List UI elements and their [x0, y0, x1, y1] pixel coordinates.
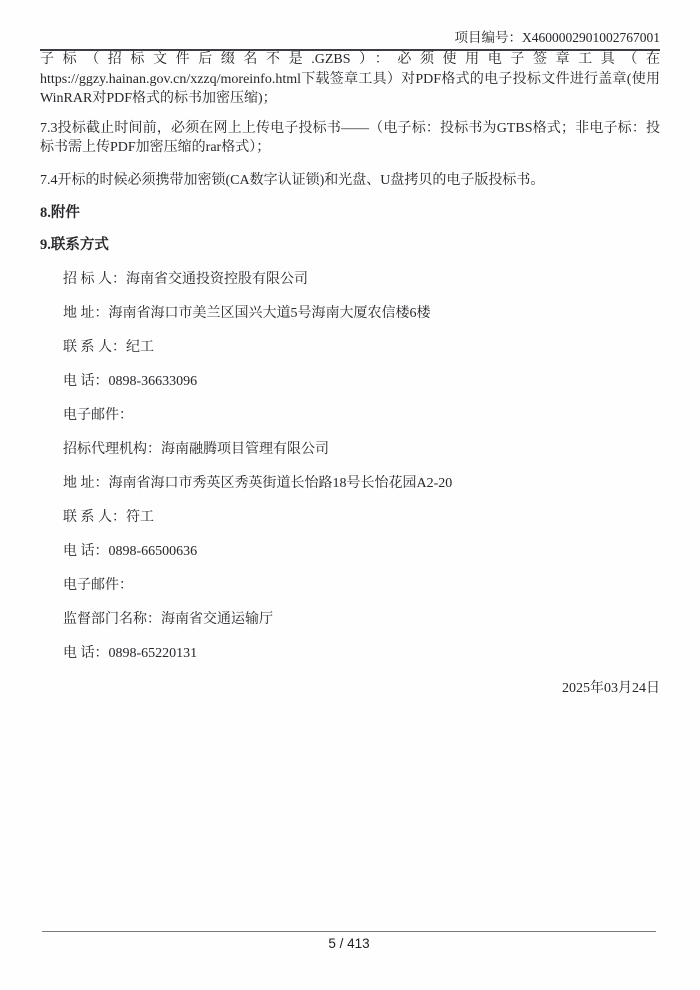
- supervisor-department-name: 监督部门名称：海南省交通运输厅: [63, 610, 660, 629]
- tenderer-contact-person: 联 系 人：纪工: [63, 338, 660, 357]
- tenderer-phone: 电 话：0898-36633096: [63, 372, 660, 391]
- supervisor-phone: 电 话：0898-65220131: [63, 644, 660, 663]
- paragraph-7-3-upload-rule: 7.3投标截止时间前，必须在网上上传电子投标书——（电子标：投标书为GTBS格式…: [40, 119, 660, 158]
- paragraph-7-4-bid-opening-rule: 7.4开标的时候必须携带加密锁(CA数字认证锁)和光盘、U盘拷贝的电子版投标书。: [40, 171, 660, 191]
- agency-phone: 电 话：0898-66500636: [63, 542, 660, 561]
- paragraph-esign-instructions: 子标（招标文件后缀名不是.GZBS）：必须使用电子签章工具（在https://g…: [40, 50, 660, 109]
- tenderer-name: 招 标 人：海南省交通投资控股有限公司: [63, 270, 660, 289]
- tenderer-contact-block: 招 标 人：海南省交通投资控股有限公司 地 址：海南省海口市美兰区国兴大道5号海…: [63, 270, 660, 425]
- tenderer-email: 电子邮件：: [63, 406, 660, 425]
- project-number: 项目编号：X4600002901002767001: [455, 30, 661, 45]
- section-heading-contact-info: 9.联系方式: [40, 236, 660, 255]
- section-heading-attachments: 8.附件: [40, 204, 660, 223]
- page-number-indicator: 5 / 413: [42, 932, 656, 951]
- page-content: 子标（招标文件后缀名不是.GZBS）：必须使用电子签章工具（在https://g…: [40, 47, 660, 698]
- agency-name: 招标代理机构：海南融腾项目管理有限公司: [63, 440, 660, 459]
- document-date: 2025年03月24日: [40, 679, 660, 698]
- footer-divider: 5 / 413: [42, 931, 656, 951]
- supervisor-contact-block: 监督部门名称：海南省交通运输厅 电 话：0898-65220131: [63, 610, 660, 663]
- document-page: 项目编号：X4600002901002767001 子标（招标文件后缀名不是.G…: [0, 0, 700, 990]
- tenderer-address: 地 址：海南省海口市美兰区国兴大道5号海南大厦农信楼6楼: [63, 304, 660, 323]
- agency-address: 地 址：海南省海口市秀英区秀英街道长怡路18号长怡花园A2-20: [63, 474, 660, 493]
- agency-contact-block: 招标代理机构：海南融腾项目管理有限公司 地 址：海南省海口市秀英区秀英街道长怡路…: [63, 440, 660, 595]
- agency-contact-person: 联 系 人：符工: [63, 508, 660, 527]
- agency-email: 电子邮件：: [63, 576, 660, 595]
